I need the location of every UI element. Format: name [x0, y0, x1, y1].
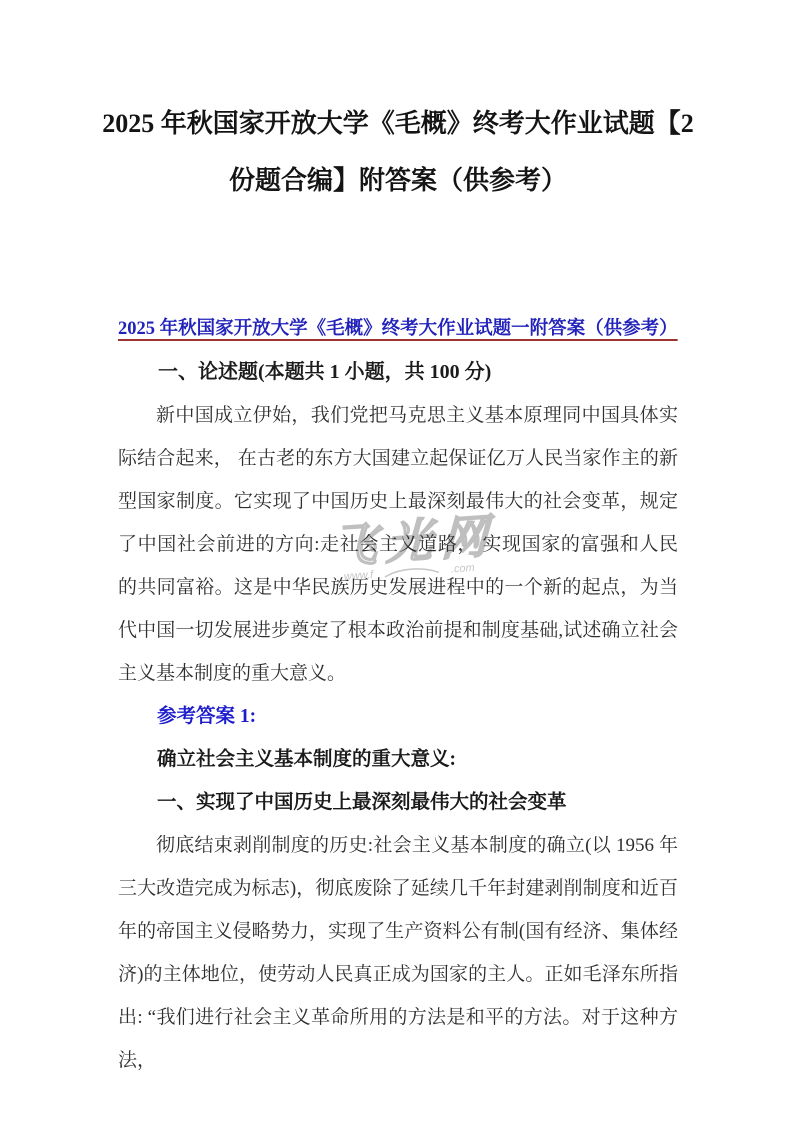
question-paragraph: 新中国成立伊始，我们党把马克思主义基本原理同中国具体实际结合起来， 在古老的东方…: [118, 394, 678, 695]
link-heading[interactable]: 2025 年秋国家开放大学《毛概》终考大作业试题一附答案（供参考）: [118, 308, 678, 351]
document-body: 2025 年秋国家开放大学《毛概》终考大作业试题一附答案（供参考） 一、论述题(…: [118, 308, 678, 1082]
answer-label: 参考答案 1:: [118, 695, 678, 738]
section-heading: 一、论述题(本题共 1 小题，共 100 分): [118, 351, 678, 394]
answer-subtitle: 确立社会主义基本制度的重大意义:: [118, 738, 678, 781]
document-page: 2025 年秋国家开放大学《毛概》终考大作业试题【2份题合编】附答案（供参考） …: [118, 95, 678, 1082]
answer-point-heading: 一、实现了中国历史上最深刻最伟大的社会变革: [118, 781, 678, 824]
answer-paragraph: 彻底结束剥削制度的历史:社会主义基本制度的确立(以 1956 年三大改造完成为标…: [118, 824, 678, 1082]
page-title: 2025 年秋国家开放大学《毛概》终考大作业试题【2份题合编】附答案（供参考）: [98, 95, 698, 209]
